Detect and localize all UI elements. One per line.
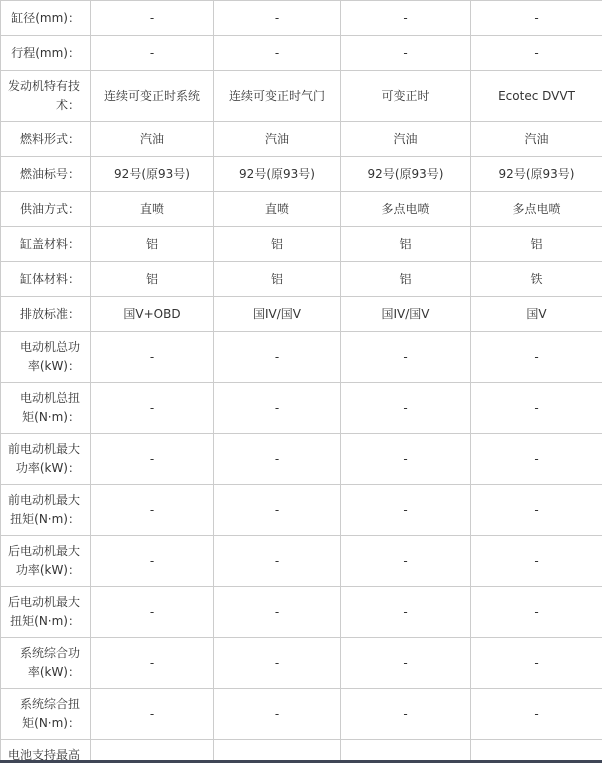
spec-value-cell: 国IV/国V xyxy=(341,297,471,332)
spec-row: 电动机总功 率(kW)：---- xyxy=(1,332,602,383)
spec-value-cell: - xyxy=(214,536,341,587)
row-label: 供油方式： xyxy=(1,192,91,227)
spec-value-cell: 汽油 xyxy=(341,122,471,157)
spec-value-cell: - xyxy=(471,587,602,638)
spec-row: 供油方式：直喷直喷多点电喷多点电喷 xyxy=(1,192,602,227)
spec-value-cell: 国V xyxy=(471,297,602,332)
spec-value-cell: - xyxy=(214,587,341,638)
spec-value-cell: 直喷 xyxy=(91,192,214,227)
spec-value-cell: 连续可变正时系统 xyxy=(91,71,214,122)
row-label: 前电动机最大 功率(kW)： xyxy=(1,434,91,485)
spec-value-cell: 多点电喷 xyxy=(471,192,602,227)
spec-value-cell: - xyxy=(91,536,214,587)
spec-value-cell: 铝 xyxy=(214,262,341,297)
spec-value-cell: 铁 xyxy=(471,262,602,297)
spec-value-cell: 汽油 xyxy=(214,122,341,157)
spec-value-cell: - xyxy=(214,434,341,485)
spec-row: 系统综合功 率(kW)：---- xyxy=(1,638,602,689)
spec-row: 燃料形式：汽油汽油汽油汽油 xyxy=(1,122,602,157)
spec-value-cell: - xyxy=(341,1,471,36)
row-label: 系统综合扭 矩(N·m)： xyxy=(1,689,91,740)
spec-value-cell: - xyxy=(471,689,602,740)
spec-value-cell: - xyxy=(471,383,602,434)
spec-value-cell: - xyxy=(214,638,341,689)
spec-value-cell: - xyxy=(91,638,214,689)
spec-value-cell: 汽油 xyxy=(471,122,602,157)
spec-row: 系统综合扭 矩(N·m)：---- xyxy=(1,689,602,740)
spec-row: 前电动机最大 扭矩(N·m)：---- xyxy=(1,485,602,536)
row-label: 系统综合功 率(kW)： xyxy=(1,638,91,689)
row-label: 缸径(mm)： xyxy=(1,1,91,36)
spec-value-cell: 铝 xyxy=(91,227,214,262)
row-label: 电动机总扭 矩(N·m)： xyxy=(1,383,91,434)
spec-value-cell: - xyxy=(471,434,602,485)
spec-row: 行程(mm)：---- xyxy=(1,36,602,71)
spec-value-cell: - xyxy=(341,485,471,536)
spec-row: 后电动机最大 功率(kW)：---- xyxy=(1,536,602,587)
row-label: 电动机总功 率(kW)： xyxy=(1,332,91,383)
spec-row: 发动机特有技 术：连续可变正时系统连续可变正时气门可变正时Ecotec DVVT xyxy=(1,71,602,122)
spec-row: 缸体材料：铝铝铝铁 xyxy=(1,262,602,297)
row-label: 后电动机最大 功率(kW)： xyxy=(1,536,91,587)
spec-value-cell: - xyxy=(341,36,471,71)
row-label: 发动机特有技 术： xyxy=(1,71,91,122)
spec-value-cell: - xyxy=(91,1,214,36)
spec-value-cell: 92号(原93号) xyxy=(341,157,471,192)
spec-value-cell: - xyxy=(214,36,341,71)
spec-row: 排放标准：国V+OBD国IV/国V国IV/国V国V xyxy=(1,297,602,332)
spec-row: 燃油标号：92号(原93号)92号(原93号)92号(原93号)92号(原93号… xyxy=(1,157,602,192)
spec-value-cell: 92号(原93号) xyxy=(91,157,214,192)
spec-value-cell: - xyxy=(341,536,471,587)
spec-value-cell: 连续可变正时气门 xyxy=(214,71,341,122)
spec-value-cell: - xyxy=(471,485,602,536)
spec-value-cell: - xyxy=(91,383,214,434)
spec-value-cell: - xyxy=(471,536,602,587)
spec-value-cell: - xyxy=(91,689,214,740)
spec-value-cell: - xyxy=(214,383,341,434)
row-label: 缸体材料： xyxy=(1,262,91,297)
spec-value-cell: 可变正时 xyxy=(341,71,471,122)
spec-value-cell: 铝 xyxy=(471,227,602,262)
spec-value-cell: - xyxy=(91,332,214,383)
spec-value-cell: - xyxy=(214,689,341,740)
spec-value-cell: 铝 xyxy=(91,262,214,297)
spec-value-cell: - xyxy=(341,638,471,689)
spec-row: 电动机总扭 矩(N·m)：---- xyxy=(1,383,602,434)
spec-value-cell: - xyxy=(341,383,471,434)
spec-value-cell: - xyxy=(91,434,214,485)
spec-value-cell: - xyxy=(91,36,214,71)
spec-row: 后电动机最大 扭矩(N·m)：---- xyxy=(1,587,602,638)
spec-value-cell: 铝 xyxy=(341,262,471,297)
spec-value-cell: 汽油 xyxy=(91,122,214,157)
spec-value-cell: Ecotec DVVT xyxy=(471,71,602,122)
spec-value-cell: - xyxy=(91,485,214,536)
row-label: 缸盖材料： xyxy=(1,227,91,262)
spec-value-cell: - xyxy=(214,1,341,36)
spec-value-cell: 国IV/国V xyxy=(214,297,341,332)
spec-comparison-screen: 缸径(mm)：----行程(mm)：----发动机特有技 术：连续可变正时系统连… xyxy=(0,0,602,763)
spec-value-cell: 92号(原93号) xyxy=(214,157,341,192)
spec-value-cell: - xyxy=(471,332,602,383)
spec-table-body: 缸径(mm)：----行程(mm)：----发动机特有技 术：连续可变正时系统连… xyxy=(1,1,602,763)
spec-value-cell: 国V+OBD xyxy=(91,297,214,332)
spec-value-cell: - xyxy=(471,1,602,36)
row-label: 排放标准： xyxy=(1,297,91,332)
spec-value-cell: - xyxy=(341,332,471,383)
spec-value-cell: - xyxy=(341,434,471,485)
row-label: 前电动机最大 扭矩(N·m)： xyxy=(1,485,91,536)
row-label: 燃料形式： xyxy=(1,122,91,157)
spec-value-cell: 直喷 xyxy=(214,192,341,227)
row-label: 行程(mm)： xyxy=(1,36,91,71)
spec-value-cell: - xyxy=(341,689,471,740)
row-label: 燃油标号： xyxy=(1,157,91,192)
spec-value-cell: - xyxy=(214,485,341,536)
spec-value-cell: - xyxy=(214,332,341,383)
spec-value-cell: 92号(原93号) xyxy=(471,157,602,192)
spec-row: 缸径(mm)：---- xyxy=(1,1,602,36)
spec-value-cell: - xyxy=(471,638,602,689)
spec-row: 缸盖材料：铝铝铝铝 xyxy=(1,227,602,262)
row-label: 后电动机最大 扭矩(N·m)： xyxy=(1,587,91,638)
spec-table: 缸径(mm)：----行程(mm)：----发动机特有技 术：连续可变正时系统连… xyxy=(0,0,602,763)
spec-value-cell: - xyxy=(91,587,214,638)
spec-value-cell: 铝 xyxy=(341,227,471,262)
spec-value-cell: 多点电喷 xyxy=(341,192,471,227)
spec-value-cell: 铝 xyxy=(214,227,341,262)
spec-row: 前电动机最大 功率(kW)：---- xyxy=(1,434,602,485)
spec-value-cell: - xyxy=(471,36,602,71)
spec-value-cell: - xyxy=(341,587,471,638)
